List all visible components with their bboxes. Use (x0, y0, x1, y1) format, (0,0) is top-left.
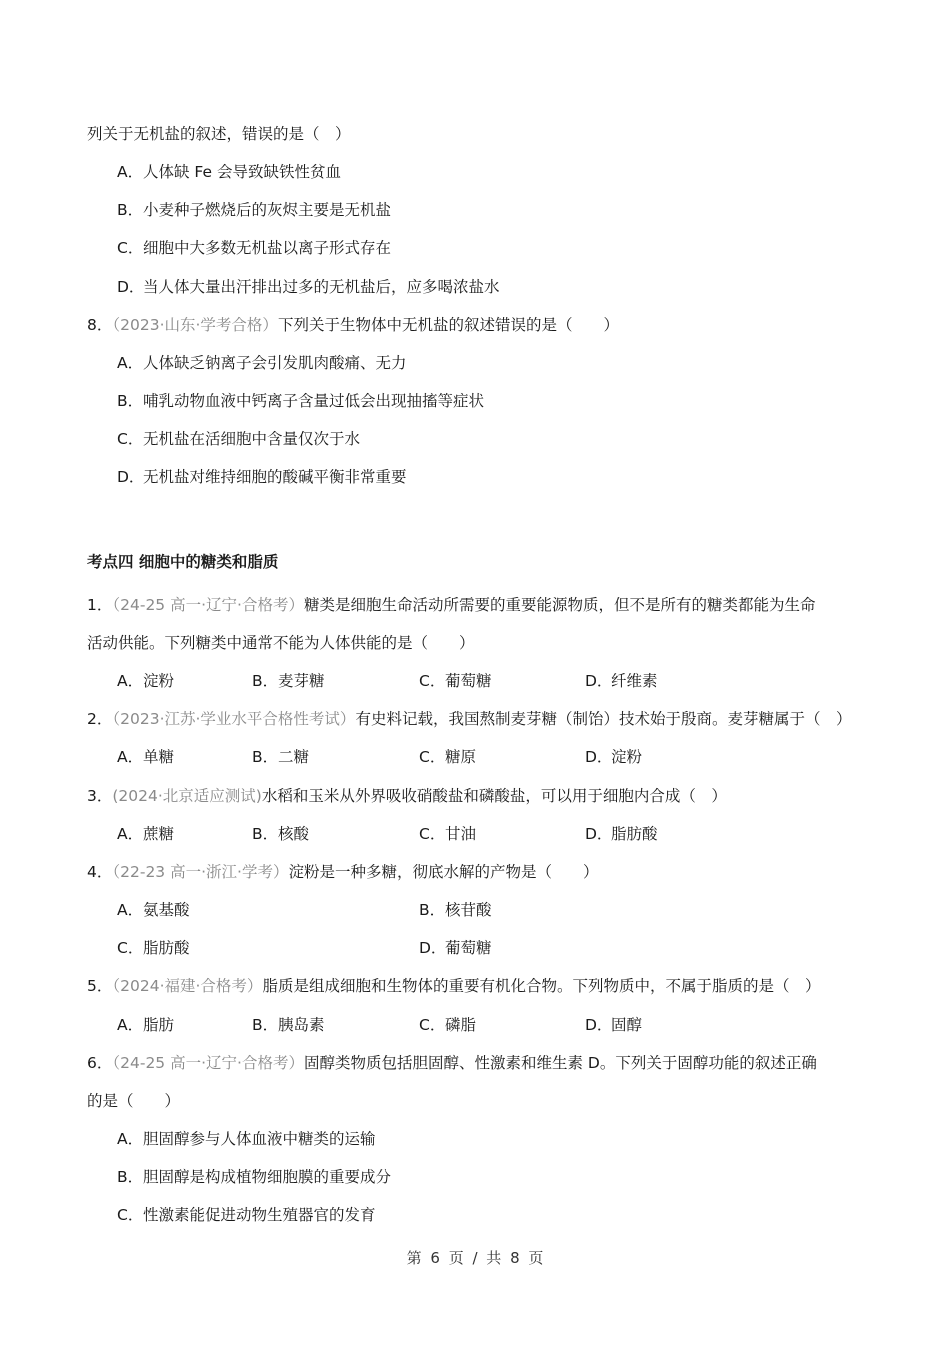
option-letter: C． (419, 1015, 445, 1035)
option-letter: C． (419, 824, 445, 844)
question-source: （2023·山东·学考合格） (112, 316, 278, 334)
option-c: C．细胞中大多数无机盐以离子形式存在 (117, 238, 391, 258)
option-letter: C． (117, 1205, 143, 1225)
option-letter: C． (117, 938, 143, 958)
option-letter: D． (585, 824, 611, 844)
option-letter: C． (419, 671, 445, 691)
option-letter: B． (252, 1015, 278, 1035)
option-a: A．人体缺 Fe 会导致缺铁性贫血 (117, 162, 341, 182)
question-source: （2023·江苏·学业水平合格性考试） (112, 710, 355, 728)
option-text: 无机盐对维持细胞的酸碱平衡非常重要 (143, 468, 407, 486)
question-source: (2024·北京适应测试) (112, 787, 261, 805)
option-text: 人体缺乏钠离子会引发肌肉酸痛、无力 (143, 354, 407, 372)
option-text: 甘油 (445, 825, 476, 843)
page-footer: 第 6 页 / 共 8 页 (0, 1247, 952, 1268)
option-c: C．葡萄糖 (419, 671, 492, 691)
option-row: A．淀粉 B．麦芽糖 C．葡萄糖 D．纤维素 (0, 671, 952, 691)
option-letter: A． (117, 162, 143, 182)
option-text: 氨基酸 (143, 901, 190, 919)
option-d: D．固醇 (585, 1015, 642, 1035)
question-8: 8．（2023·山东·学考合格）下列关于生物体中无机盐的叙述错误的是（ ） (87, 315, 619, 335)
option-b: B．二糖 (252, 747, 309, 767)
option-text: 糖原 (445, 748, 476, 766)
option-row: C．脂肪酸 D．葡萄糖 (0, 938, 952, 958)
option-b: B．哺乳动物血液中钙离子含量过低会出现抽搐等症状 (117, 391, 484, 411)
option-a: A．淀粉 (117, 671, 174, 691)
option-text: 小麦种子燃烧后的灰烬主要是无机盐 (143, 201, 391, 219)
question-number: 1． (87, 596, 112, 614)
option-text: 磷脂 (445, 1016, 476, 1034)
option-a: A．氨基酸 (117, 900, 190, 920)
option-row: A．蔗糖 B．核酸 C．甘油 D．脂肪酸 (0, 824, 952, 844)
option-letter: D． (117, 277, 143, 297)
question-stem: 下列关于生物体中无机盐的叙述错误的是（ ） (278, 316, 619, 334)
question-stem: 糖类是细胞生命活动所需要的重要能源物质，但不是所有的糖类都能为生命 (304, 596, 816, 614)
option-c: C．糖原 (419, 747, 476, 767)
option-letter: B． (252, 747, 278, 767)
option-text: 哺乳动物血液中钙离子含量过低会出现抽搐等症状 (143, 392, 484, 410)
option-text: 单糖 (143, 748, 174, 766)
option-letter: D． (585, 671, 611, 691)
option-text: 胰岛素 (278, 1016, 325, 1034)
option-letter: A． (117, 353, 143, 373)
option-d: D．葡萄糖 (419, 938, 492, 958)
option-text: 二糖 (278, 748, 309, 766)
option-b: B．胰岛素 (252, 1015, 325, 1035)
option-text: 脂肪酸 (143, 939, 190, 957)
option-text: 蔗糖 (143, 825, 174, 843)
option-text: 脂肪 (143, 1016, 174, 1034)
option-row: C．性激素能促进动物生殖器官的发育 (0, 1205, 952, 1225)
option-c: C．性激素能促进动物生殖器官的发育 (117, 1205, 376, 1225)
question-4: 4．（22-23 高一·浙江·学考）淀粉是一种多糖，彻底水解的产物是（ ） (87, 862, 598, 882)
option-row: B．小麦种子燃烧后的灰烬主要是无机盐 (0, 200, 952, 220)
option-row: C．细胞中大多数无机盐以离子形式存在 (0, 238, 952, 258)
question-3: 3．(2024·北京适应测试)水稻和玉米从外界吸收硝酸盐和磷酸盐，可以用于细胞内… (87, 786, 727, 806)
question-stem-continued: 的是（ ） (87, 1091, 180, 1111)
option-text: 固醇 (611, 1016, 642, 1034)
option-text: 淀粉 (143, 672, 174, 690)
option-row: D．当人体大量出汗排出过多的无机盐后，应多喝浓盐水 (0, 277, 952, 297)
option-a: A．胆固醇参与人体血液中糖类的运输 (117, 1129, 376, 1149)
option-row: A．人体缺 Fe 会导致缺铁性贫血 (0, 162, 952, 182)
option-d: D．当人体大量出汗排出过多的无机盐后，应多喝浓盐水 (117, 277, 500, 297)
question-2: 2．（2023·江苏·学业水平合格性考试）有史料记载，我国熬制麦芽糖（制饴）技术… (87, 709, 851, 729)
question-6: 6．（24-25 高一·辽宁·合格考）固醇类物质包括胆固醇、性激素和维生素 D。… (87, 1053, 817, 1073)
question-source: （2024·福建·合格考） (112, 977, 262, 995)
question-number: 6． (87, 1054, 112, 1072)
option-row: B．胆固醇是构成植物细胞膜的重要成分 (0, 1167, 952, 1187)
option-row: A．脂肪 B．胰岛素 C．磷脂 D．固醇 (0, 1015, 952, 1035)
option-b: B．核酸 (252, 824, 309, 844)
question-source: （22-23 高一·浙江·学考） (112, 863, 288, 881)
question-number: 3． (87, 787, 112, 805)
option-letter: D． (117, 467, 143, 487)
option-b: B．小麦种子燃烧后的灰烬主要是无机盐 (117, 200, 391, 220)
option-c: C．无机盐在活细胞中含量仅次于水 (117, 429, 360, 449)
option-b: B．核苷酸 (419, 900, 492, 920)
option-row: A．单糖 B．二糖 C．糖原 D．淀粉 (0, 747, 952, 767)
option-row: B．哺乳动物血液中钙离子含量过低会出现抽搐等症状 (0, 391, 952, 411)
option-letter: B． (419, 900, 445, 920)
option-text: 性激素能促进动物生殖器官的发育 (143, 1206, 376, 1224)
option-letter: A． (117, 1129, 143, 1149)
option-c: C．脂肪酸 (117, 938, 190, 958)
question-source: （24-25 高一·辽宁·合格考） (112, 596, 304, 614)
question-source: （24-25 高一·辽宁·合格考） (112, 1054, 304, 1072)
option-text: 胆固醇是构成植物细胞膜的重要成分 (143, 1168, 391, 1186)
option-a: A．蔗糖 (117, 824, 174, 844)
option-text: 核苷酸 (445, 901, 492, 919)
option-letter: D． (585, 747, 611, 767)
option-letter: A． (117, 1015, 143, 1035)
option-text: 核酸 (278, 825, 309, 843)
option-c: C．甘油 (419, 824, 476, 844)
option-letter: A． (117, 747, 143, 767)
question-stem: 有史料记载，我国熬制麦芽糖（制饴）技术始于殷商。麦芽糖属于（ ） (355, 710, 851, 728)
option-text: 葡萄糖 (445, 672, 492, 690)
question-number: 2． (87, 710, 112, 728)
option-d: D．纤维素 (585, 671, 658, 691)
option-letter: A． (117, 824, 143, 844)
option-d: D．无机盐对维持细胞的酸碱平衡非常重要 (117, 467, 407, 487)
option-letter: C． (117, 238, 143, 258)
option-text: 麦芽糖 (278, 672, 325, 690)
option-row: A．氨基酸 B．核苷酸 (0, 900, 952, 920)
question-stem: 淀粉是一种多糖，彻底水解的产物是（ ） (288, 863, 598, 881)
option-text: 人体缺 Fe 会导致缺铁性贫血 (143, 163, 341, 181)
option-letter: C． (419, 747, 445, 767)
option-letter: B． (252, 671, 278, 691)
question-stem: 水稻和玉米从外界吸收硝酸盐和磷酸盐，可以用于细胞内合成（ ） (262, 787, 727, 805)
option-text: 葡萄糖 (445, 939, 492, 957)
option-c: C．磷脂 (419, 1015, 476, 1035)
option-a: A．单糖 (117, 747, 174, 767)
question-1: 1．（24-25 高一·辽宁·合格考）糖类是细胞生命活动所需要的重要能源物质，但… (87, 595, 815, 615)
option-text: 当人体大量出汗排出过多的无机盐后，应多喝浓盐水 (143, 278, 500, 296)
option-text: 纤维素 (611, 672, 658, 690)
question-number: 5． (87, 977, 112, 995)
section-heading: 考点四 细胞中的糖类和脂质 (87, 552, 278, 572)
option-row: C．无机盐在活细胞中含量仅次于水 (0, 429, 952, 449)
option-letter: A． (117, 900, 143, 920)
option-a: A．人体缺乏钠离子会引发肌肉酸痛、无力 (117, 353, 407, 373)
question-stem: 列关于无机盐的叙述，错误的是（ ） (87, 124, 351, 144)
option-text: 细胞中大多数无机盐以离子形式存在 (143, 239, 391, 257)
option-row: A．胆固醇参与人体血液中糖类的运输 (0, 1129, 952, 1149)
option-b: B．麦芽糖 (252, 671, 325, 691)
option-letter: D． (585, 1015, 611, 1035)
option-d: D．脂肪酸 (585, 824, 658, 844)
question-number: 4． (87, 863, 112, 881)
question-number: 8． (87, 316, 112, 334)
option-text: 淀粉 (611, 748, 642, 766)
question-5: 5．（2024·福建·合格考）脂质是组成细胞和生物体的重要有机化合物。下列物质中… (87, 976, 820, 996)
option-letter: C． (117, 429, 143, 449)
option-text: 胆固醇参与人体血液中糖类的运输 (143, 1130, 376, 1148)
option-letter: D． (419, 938, 445, 958)
option-a: A．脂肪 (117, 1015, 174, 1035)
question-stem-continued: 活动供能。下列糖类中通常不能为人体供能的是（ ） (87, 633, 475, 653)
question-stem: 脂质是组成细胞和生物体的重要有机化合物。下列物质中，不属于脂质的是（ ） (262, 977, 820, 995)
option-letter: B． (117, 1167, 143, 1187)
option-d: D．淀粉 (585, 747, 642, 767)
option-row: D．无机盐对维持细胞的酸碱平衡非常重要 (0, 467, 952, 487)
option-letter: B． (117, 200, 143, 220)
option-letter: B． (252, 824, 278, 844)
question-stem: 固醇类物质包括胆固醇、性激素和维生素 D。下列关于固醇功能的叙述正确 (304, 1054, 817, 1072)
option-text: 无机盐在活细胞中含量仅次于水 (143, 430, 360, 448)
option-letter: A． (117, 671, 143, 691)
option-row: A．人体缺乏钠离子会引发肌肉酸痛、无力 (0, 353, 952, 373)
option-letter: B． (117, 391, 143, 411)
option-text: 脂肪酸 (611, 825, 658, 843)
option-b: B．胆固醇是构成植物细胞膜的重要成分 (117, 1167, 391, 1187)
